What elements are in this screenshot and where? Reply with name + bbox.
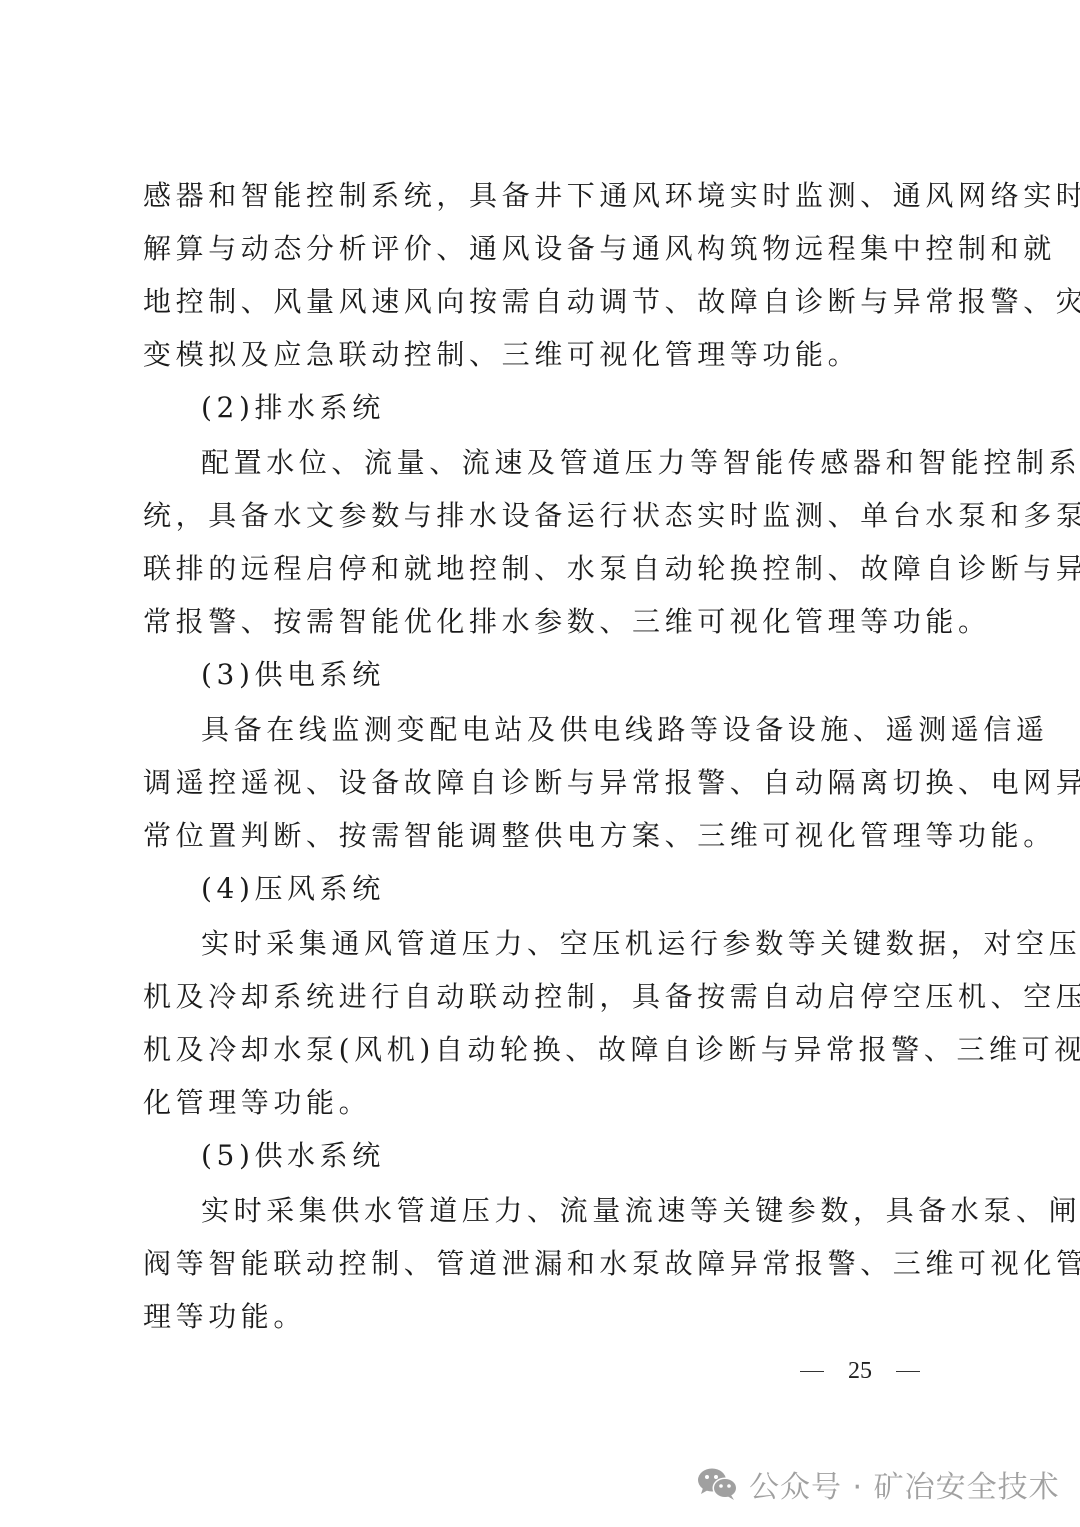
text-line: 配置水位、流量、流速及管道压力等智能传感器和智能控制系 bbox=[143, 445, 943, 498]
page-number-value: 25 bbox=[848, 1358, 872, 1385]
paragraph-compressed-air: 实时采集通风管道压力、空压机运行参数等关键数据，对空压 机及冷却系统进行自动联动… bbox=[143, 926, 943, 1138]
section-heading-compressed-air: (4)压风系统 bbox=[143, 871, 943, 926]
text-line: 具备在线监测变配电站及供电线路等设备设施、遥测遥信遥 bbox=[143, 712, 943, 765]
text-line: 实时采集通风管道压力、空压机运行参数等关键数据，对空压 bbox=[143, 926, 943, 979]
paragraph-power-supply: 具备在线监测变配电站及供电线路等设备设施、遥测遥信遥 调遥控遥视、设备故障自诊断… bbox=[143, 712, 943, 871]
text-line: 实时采集供水管道压力、流量流速等关键参数，具备水泵、闸 bbox=[143, 1193, 943, 1246]
text-line: 常位置判断、按需智能调整供电方案、三维可视化管理等功能。 bbox=[143, 818, 943, 871]
paragraph-ventilation-continued: 感器和智能控制系统，具备井下通风环境实时监测、通风网络实时 解算与动态分析评价、… bbox=[143, 178, 943, 390]
section-heading-drainage: (2)排水系统 bbox=[143, 390, 943, 445]
text-line: 地控制、风量风速风向按需自动调节、故障自诊断与异常报警、灾 bbox=[143, 284, 943, 337]
page-number: 25 bbox=[800, 1358, 920, 1385]
text-line: 变模拟及应急联动控制、三维可视化管理等功能。 bbox=[143, 337, 943, 390]
text-line: 化管理等功能。 bbox=[143, 1085, 943, 1138]
watermark-text: 公众号 · 矿冶安全技术 bbox=[749, 1462, 1060, 1506]
page-number-dash-left bbox=[800, 1371, 824, 1373]
page-number-dash-right bbox=[896, 1371, 920, 1373]
text-line: 调遥控遥视、设备故障自诊断与异常报警、自动隔离切换、电网异 bbox=[143, 765, 943, 818]
section-heading-power-supply: (3)供电系统 bbox=[143, 657, 943, 712]
text-line: 统，具备水文参数与排水设备运行状态实时监测、单台水泵和多泵 bbox=[143, 498, 943, 551]
text-line: 感器和智能控制系统，具备井下通风环境实时监测、通风网络实时 bbox=[143, 178, 943, 231]
paragraph-water-supply: 实时采集供水管道压力、流量流速等关键参数，具备水泵、闸 阀等智能联动控制、管道泄… bbox=[143, 1193, 943, 1352]
section-heading-water-supply: (5)供水系统 bbox=[143, 1138, 943, 1193]
text-line: 阀等智能联动控制、管道泄漏和水泵故障异常报警、三维可视化管 bbox=[143, 1246, 943, 1299]
paragraph-drainage: 配置水位、流量、流速及管道压力等智能传感器和智能控制系 统，具备水文参数与排水设… bbox=[143, 445, 943, 657]
watermark: 公众号 · 矿冶安全技术 bbox=[697, 1462, 1060, 1506]
text-line: 常报警、按需智能优化排水参数、三维可视化管理等功能。 bbox=[143, 604, 943, 657]
text-line: 联排的远程启停和就地控制、水泵自动轮换控制、故障自诊断与异 bbox=[143, 551, 943, 604]
document-body: 感器和智能控制系统，具备井下通风环境实时监测、通风网络实时 解算与动态分析评价、… bbox=[143, 178, 943, 1352]
text-line: 机及冷却系统进行自动联动控制，具备按需自动启停空压机、空压 bbox=[143, 979, 943, 1032]
wechat-icon bbox=[697, 1467, 739, 1501]
text-line: 理等功能。 bbox=[143, 1299, 943, 1352]
text-line: 解算与动态分析评价、通风设备与通风构筑物远程集中控制和就 bbox=[143, 231, 943, 284]
text-line: 机及冷却水泵(风机)自动轮换、故障自诊断与异常报警、三维可视 bbox=[143, 1032, 943, 1085]
